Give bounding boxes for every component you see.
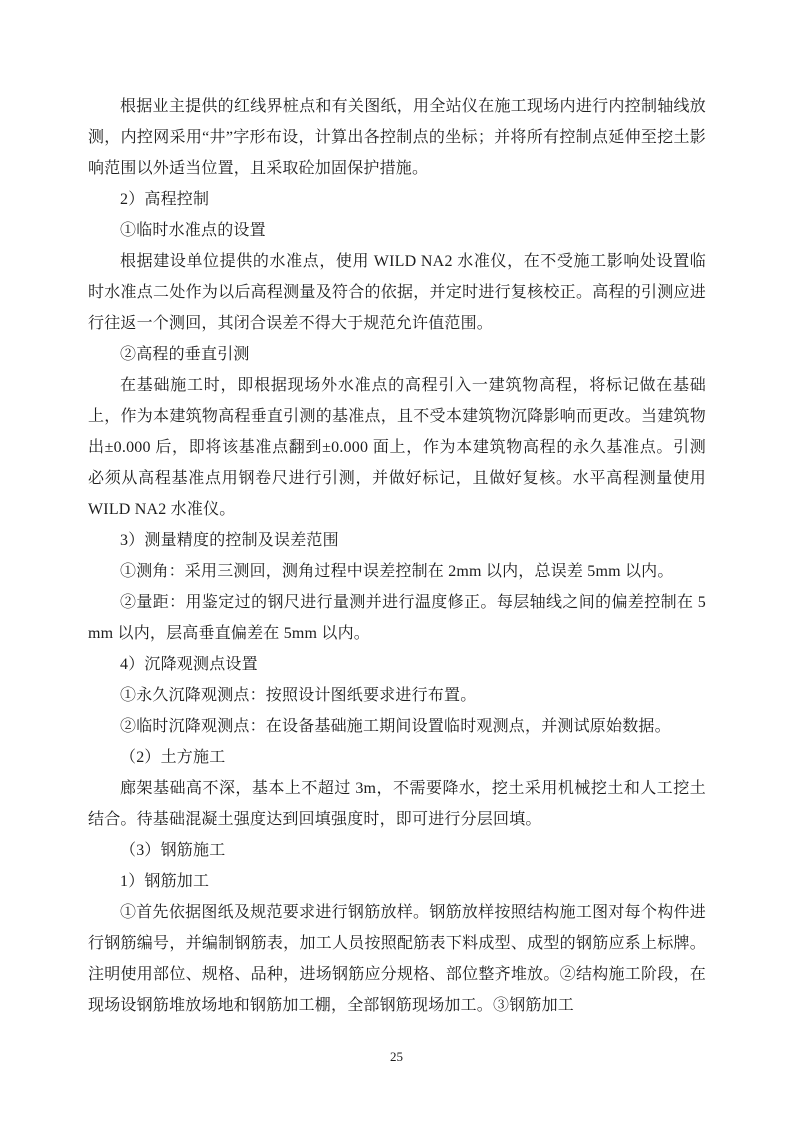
paragraph: ②高程的垂直引测 bbox=[88, 339, 706, 370]
paragraph: （2）土方施工 bbox=[88, 742, 706, 773]
paragraph: ①测角：采用三测回，测角过程中误差控制在 2mm 以内，总误差 5mm 以内。 bbox=[88, 556, 706, 587]
document-content: 根据业主提供的红线界桩点和有关图纸，用全站仪在施工现场内进行内控制轴线放测，内控… bbox=[88, 91, 706, 1021]
paragraph: 1）钢筋加工 bbox=[88, 866, 706, 897]
paragraph: ①首先依据图纸及规范要求进行钢筋放样。钢筋放样按照结构施工图对每个构件进行钢筋编… bbox=[88, 897, 706, 1021]
paragraph: （3）钢筋施工 bbox=[88, 835, 706, 866]
paragraph: ②临时沉降观测点：在设备基础施工期间设置临时观测点，并测试原始数据。 bbox=[88, 711, 706, 742]
paragraph: ②量距：用鉴定过的钢尺进行量测并进行温度修正。每层轴线之间的偏差控制在 5mm … bbox=[88, 587, 706, 649]
paragraph: 根据业主提供的红线界桩点和有关图纸，用全站仪在施工现场内进行内控制轴线放测，内控… bbox=[88, 91, 706, 184]
paragraph: ①永久沉降观测点：按照设计图纸要求进行布置。 bbox=[88, 680, 706, 711]
paragraph: 廊架基础高不深，基本上不超过 3m，不需要降水，挖土采用机械挖土和人工挖土结合。… bbox=[88, 773, 706, 835]
page-number: 25 bbox=[0, 1049, 793, 1065]
paragraph: 2）高程控制 bbox=[88, 184, 706, 215]
paragraph: 4）沉降观测点设置 bbox=[88, 649, 706, 680]
paragraph: 3）测量精度的控制及误差范围 bbox=[88, 525, 706, 556]
document-page: 根据业主提供的红线界桩点和有关图纸，用全站仪在施工现场内进行内控制轴线放测，内控… bbox=[0, 0, 793, 1122]
paragraph: 根据建设单位提供的水准点，使用 WILD NA2 水准仪，在不受施工影响处设置临… bbox=[88, 246, 706, 339]
paragraph: ①临时水准点的设置 bbox=[88, 215, 706, 246]
paragraph: 在基础施工时，即根据现场外水准点的高程引入一建筑物高程，将标记做在基础上，作为本… bbox=[88, 370, 706, 525]
